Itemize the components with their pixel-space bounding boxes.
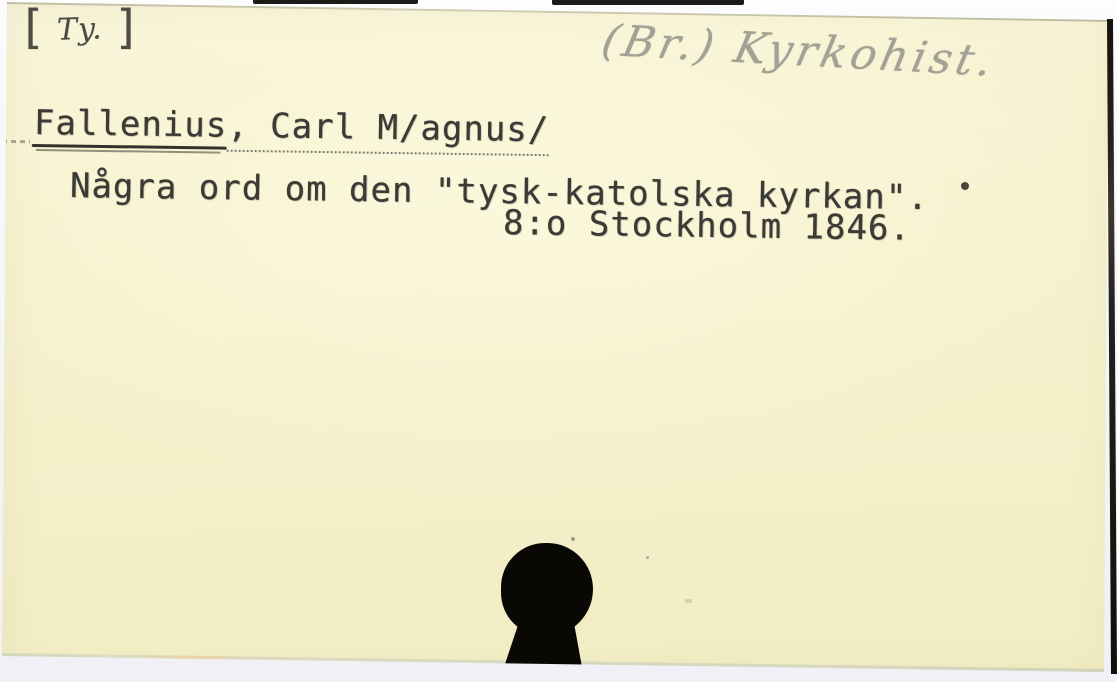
paper-speck <box>571 537 575 541</box>
scanned-catalog-card-page: [ Ty. ] (Br.) Kyrkohist. Fallenius, Carl… <box>0 0 1117 682</box>
catalog-card: [ Ty. ] (Br.) Kyrkohist. Fallenius, Carl… <box>0 0 1117 682</box>
ink-dot <box>961 182 969 190</box>
scan-edge-mark-left <box>253 0 418 4</box>
author-heading: Fallenius, Carl M/agnus/ <box>34 103 550 156</box>
author-surname: Fallenius <box>34 103 228 146</box>
open-bracket: [ <box>18 2 46 53</box>
margin-pencil-dash <box>2 140 30 143</box>
paper-smudge <box>685 599 692 603</box>
scan-edge-mark-right <box>552 0 744 5</box>
paper-speck <box>646 556 649 559</box>
handwritten-subject-note: (Br.) Kyrkohist. <box>597 16 1107 93</box>
card-right-edge-shadow <box>1107 19 1117 674</box>
close-bracket: ] <box>113 2 141 53</box>
classification-code: Ty. <box>56 11 103 48</box>
author-forenames: , Carl M/agnus/ <box>227 106 550 157</box>
classification-mark: [ Ty. ] <box>18 2 141 53</box>
imprint-line: 8:o Stockholm 1846. <box>503 203 911 249</box>
